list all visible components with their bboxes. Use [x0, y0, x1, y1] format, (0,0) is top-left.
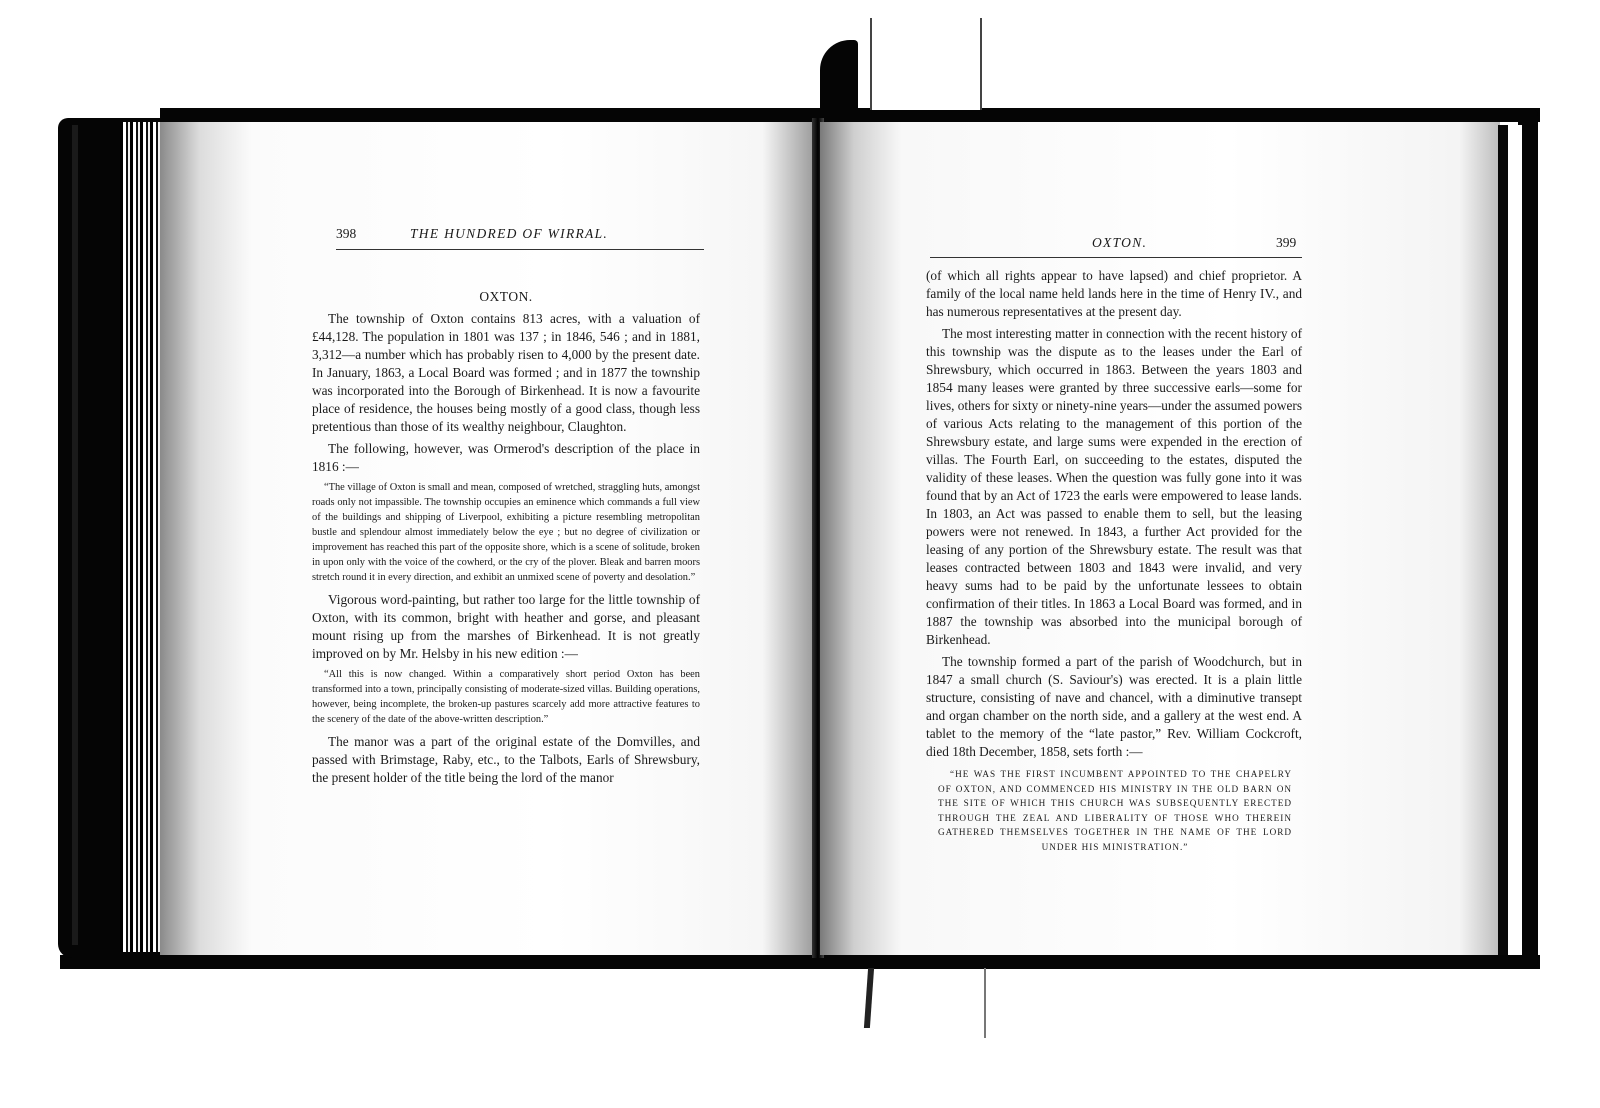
book-cover-bottom	[60, 955, 1540, 969]
block-quote-ormerod: “The village of Oxton is small and mean,…	[312, 480, 700, 585]
ribbon-bookmark-bottom	[864, 968, 874, 1028]
tablet-inscription: “HE WAS THE FIRST INCUMBENT APPOINTED TO…	[938, 767, 1292, 854]
right-page-edge	[1498, 125, 1522, 955]
left-running-head: THE HUNDRED OF WIRRAL.	[410, 226, 608, 242]
left-page: 398 THE HUNDRED OF WIRRAL. OXTON. The to…	[160, 122, 815, 955]
block-quote-helsby: “All this is now changed. Within a compa…	[312, 667, 700, 727]
paragraph: The township of Oxton contains 813 acres…	[312, 310, 700, 436]
left-page-number: 398	[336, 226, 356, 242]
paragraph: (of which all rights appear to have laps…	[926, 267, 1302, 321]
ribbon-bookmark-bottom-thread	[984, 968, 986, 1038]
book-spine-strip	[72, 125, 78, 945]
right-running-head: OXTON.	[1092, 235, 1147, 251]
paragraph: The township formed a part of the parish…	[926, 653, 1302, 761]
paragraph: The most interesting matter in connectio…	[926, 325, 1302, 649]
paragraph: The following, however, was Ormerod's de…	[312, 440, 700, 476]
left-header-rule	[336, 249, 704, 250]
right-page: OXTON. 399 (of which all rights appear t…	[820, 122, 1500, 955]
left-page-body: OXTON. The township of Oxton contains 81…	[312, 288, 700, 791]
page-tab-top	[870, 18, 982, 110]
right-page-body: (of which all rights appear to have laps…	[926, 267, 1302, 854]
paragraph: Vigorous word-painting, but rather too l…	[312, 591, 700, 663]
right-header-rule	[930, 257, 1302, 258]
ribbon-bookmark-top	[820, 40, 858, 120]
right-page-number: 399	[1276, 235, 1296, 251]
book-page-edges	[120, 122, 160, 952]
paragraph: The manor was a part of the original est…	[312, 733, 700, 787]
section-heading: OXTON.	[312, 288, 700, 306]
